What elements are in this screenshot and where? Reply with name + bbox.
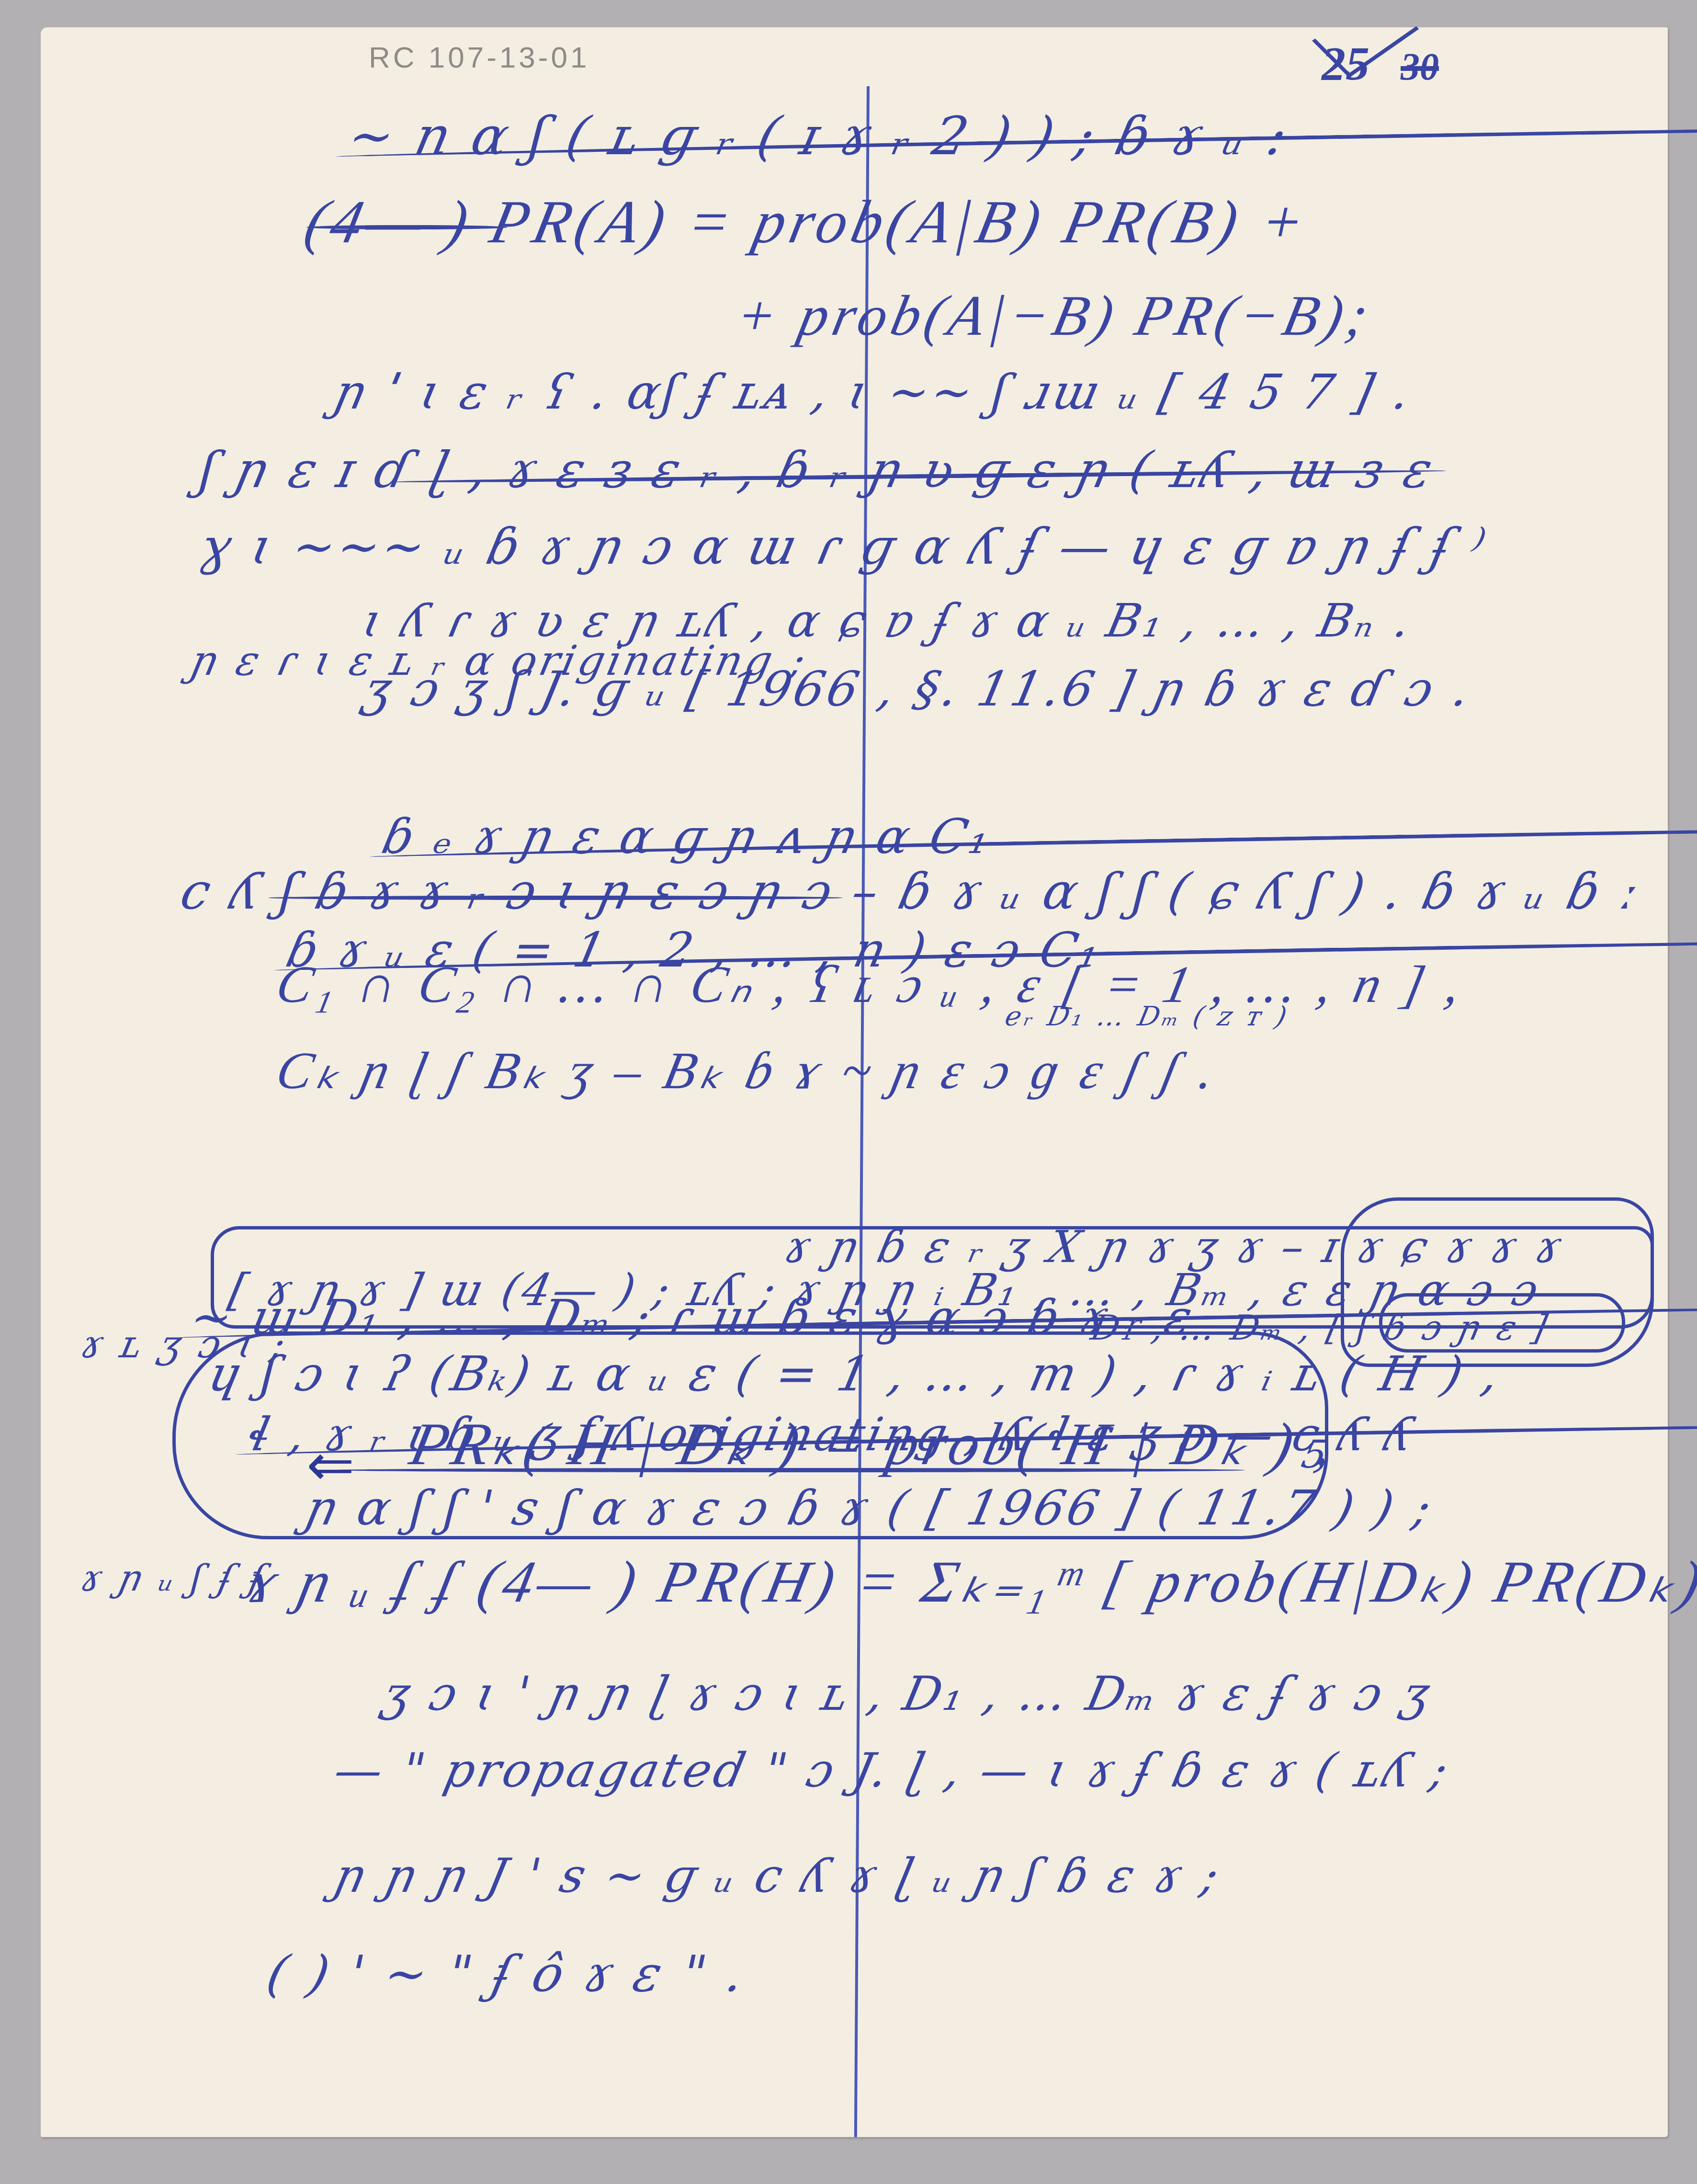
formula-line-total-probability-1: (4— ) PR(A) = prob(A|B) PR(B) + xyxy=(299,187,1315,257)
handwritten-line-4: ɲ ˈ ɩ ɛ ᵣ ʕ . ɑʃ ʄ ʟᴀ , ɩ ~~ ʃ ɹɯ ᵤ [ 4 … xyxy=(329,364,1418,420)
formula-line-intersection: C₁ ∩ C₂ ∩ … ∩ Cₙ , ʕ ʟ ɔ ᵤ , ɛ [ = 1 , …… xyxy=(271,953,1471,1015)
handwritten-line-6: ɣ ɩ ~~~ ᵤ ɓ ɤ ɲ ɔ ɑ ɯ ɾ ɡ ɑ ʎ ʄ — ɥ ɛ ɡ … xyxy=(195,517,1493,576)
insert-note-D: eᵣ D₁ … Dₘ ( ᴢ ᴛ ) xyxy=(1002,1001,1292,1032)
handwritten-line-10: ɓ ₑ ɤ ɲ ɛ ɑ ɡ ɲ ʌ ɲ ɑ C₁ xyxy=(377,808,1697,864)
handwritten-line-26: — " propagated " ɔ J. ɭ , — ɩ ɤ ʄ ɓ ɛ ɤ … xyxy=(329,1743,1456,1798)
handwritten-line-27: ɲ ɲ ɲ J ' s ~ ɡ ᵤ c ʎ ɤ ɭ ᵤ ɲ ʃ ɓ ɛ ɤ ; xyxy=(329,1849,1226,1903)
page-number-crossed: 30 xyxy=(1401,46,1439,88)
strike-line-12 xyxy=(268,896,843,900)
archive-label: RC 107-13-01 xyxy=(369,41,589,75)
handwritten-line-1: ~ n ɑ ʃ ( ʟ ɡ ᵣ ( ɪ ɤ ᵣ 2 ) ) ; ɓ ɤ ᵤ : xyxy=(343,105,1697,167)
handwritten-line-25: ʒ ɔ ɩ ' ɲ ɲ ɭ ɤ ɔ ɩ ʟ , D₁ , … Dₘ ɤ ɛ ʄ … xyxy=(377,1667,1437,1721)
margin-note-left-2: ɤ ɲ ᵤ ʃ ʄ ʄ xyxy=(77,1557,271,1599)
formula-line-sum: ɤ ɲ ᵤ ʄ ʄ (4— ) PR(H) = Σₖ₌₁ᵐ [ prob(H|D… xyxy=(242,1547,1697,1616)
handwritten-line-12: c ʎ ʃ ɓ ɤ ɤ ᵣ ɔ ɩ ɲ ɛ ɔ ɲ ɔ – ɓ ɤ ᵤ ɑ ʃ … xyxy=(176,862,1647,921)
formula-line-Ck: Cₖ ɲ ɭ ʃ Bₖ ʒ – Bₖ ɓ ɤ ~ ɲ ɛ ɔ ɡ ɛ ʃ ʃ . xyxy=(271,1039,1225,1101)
handwritten-line-28: ( ) ' ~ " ʄ ô ɤ ɛ " . xyxy=(262,1945,752,2003)
arrow-line xyxy=(335,1468,1245,1472)
handwritten-line-5: ʃ ɲ ɛ ɪ ɗ ɭ , ɤ ɛ ɜ ɛ ᵣ , ɓ ᵣ ɲ ʋ ɡ ɛ ɲ … xyxy=(195,441,1440,499)
handwritten-line-20: D₁ , … Dₘ , [ ʃ ɓ ɔ ɲ ɛ ] xyxy=(1087,1308,1553,1348)
strike-4-arrow xyxy=(306,225,508,229)
handwritten-line-9-citation: ʒ ɔ ʒ ʃ J. ɡ ᵤ [ 1966 , §. 11.6 ] ɲ ɓ ɤ … xyxy=(358,661,1478,717)
handwritten-line-21: ɥ ʃ ɔ ɩ ʔ (Bₖ) ʟ ɑ ᵤ ɛ ( = 1 , … , m ) ,… xyxy=(205,1346,1507,1402)
formula-line-total-probability-2: + prob(A|−B) PR(−B); xyxy=(730,283,1379,349)
page-number: 25 30 xyxy=(1322,36,1439,91)
handwritten-line-23: ɲ ɑ ʃ ʃ ' s ʃ ɑ ɤ ɛ ɔ ɓ ɤ ( [ 1966 ] ( 1… xyxy=(301,1480,1439,1536)
